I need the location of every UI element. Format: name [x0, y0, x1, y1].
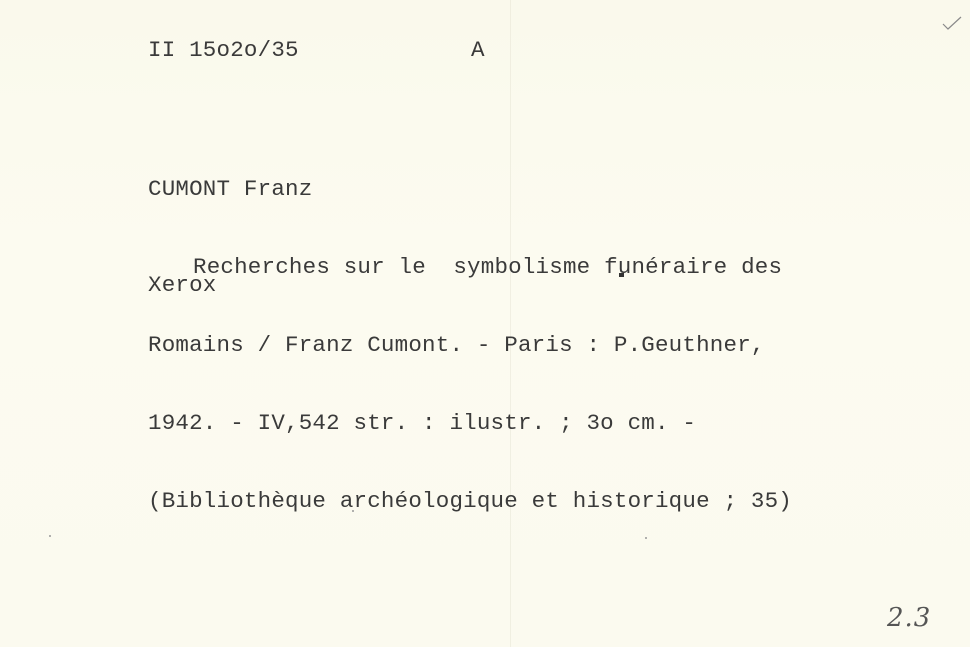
paper-speck	[645, 537, 647, 539]
location-code: A	[471, 37, 485, 63]
description-line: (Bibliothèque archéologique et historiqu…	[148, 488, 792, 514]
description-line: Recherches sur le symbolisme funéraire d…	[148, 254, 792, 280]
bibliographic-entry: CUMONT Franz Recherches sur le symbolism…	[148, 124, 792, 566]
paper-speck	[49, 535, 51, 537]
reproduction-note: Xerox	[148, 272, 217, 298]
author-heading: CUMONT Franz	[148, 176, 792, 202]
ink-mark	[619, 273, 624, 277]
call-number: II 15o2o/35	[148, 37, 299, 63]
handwritten-page-mark: 2.3	[887, 603, 931, 633]
paper-speck	[352, 510, 354, 512]
catalog-card: II 15o2o/35 A CUMONT Franz Recherches su…	[0, 0, 970, 647]
description-line: Romains / Franz Cumont. - Paris : P.Geut…	[148, 332, 792, 358]
checkmark-icon	[942, 16, 962, 30]
description-line: 1942. - IV,542 str. : ilustr. ; 3o cm. -	[148, 410, 792, 436]
